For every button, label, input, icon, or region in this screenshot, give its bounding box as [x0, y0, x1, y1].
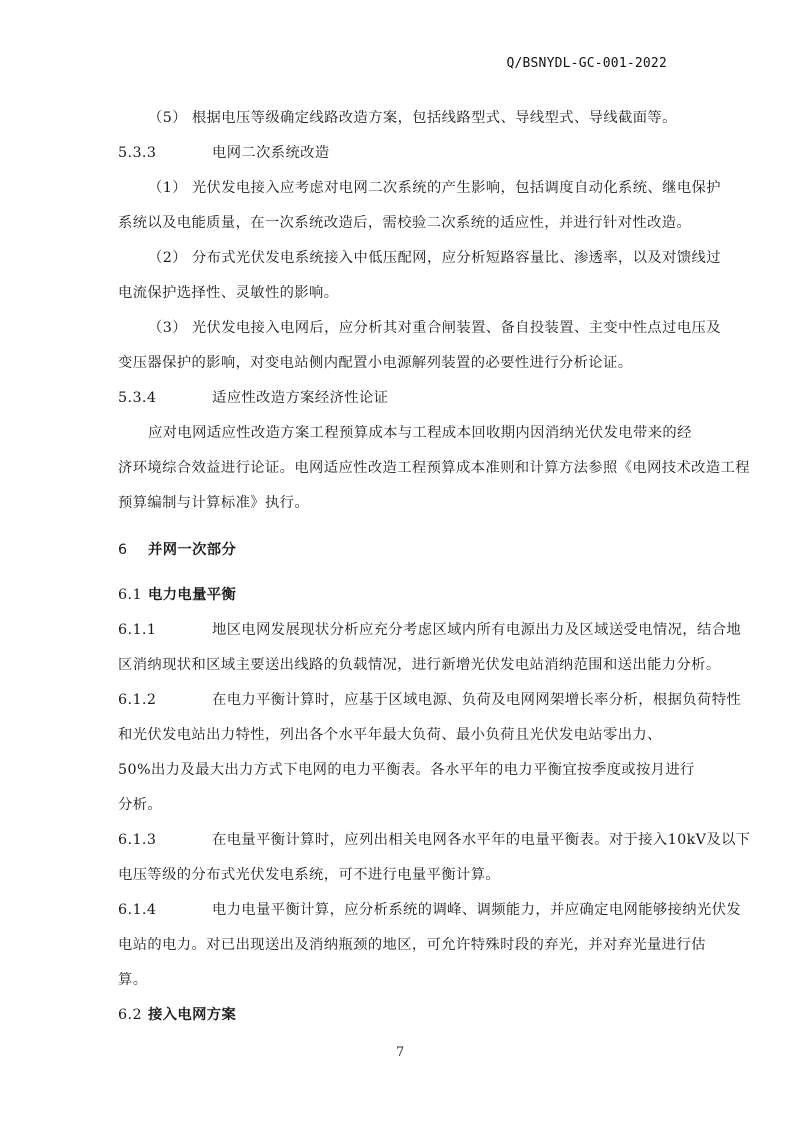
paragraph-line: 和光伏发电站出力特性，列出各个水平年最大负荷、最小负荷且光伏发电站零出力、 — [118, 725, 683, 745]
paragraph-line: 电压等级的分布式光伏发电系统，可不进行电量平衡计算。 — [118, 865, 683, 885]
paragraph-line: 变压器保护的影响，对变电站侧内配置小电源解列装置的必要性进行分析论证。 — [118, 353, 683, 373]
clause-number: 6.1.4 — [118, 900, 212, 920]
paragraph-line: 电流保护选择性、灵敏性的影响。 — [118, 283, 683, 303]
heading-5-3-3: 5.3.3电网二次系统改造 — [118, 143, 683, 163]
heading-6-1: 6.1电力电量平衡 — [118, 585, 683, 605]
clause-6-1-4: 6.1.4电力电量平衡计算，应分析系统的调峰、调频能力，并应确定电网能够接纳光伏… — [118, 900, 683, 920]
section-title: 电力电量平衡 — [148, 587, 236, 603]
paragraph-line: 算。 — [118, 970, 683, 990]
section-title: 电网二次系统改造 — [212, 145, 330, 161]
heading-5-3-4: 5.3.4适应性改造方案经济性论证 — [118, 388, 683, 408]
standard-code: Q/BSNYDL-GC-001-2022 — [506, 56, 667, 71]
clause-text: 在电量平衡计算时，应列出相关电网各水平年的电量平衡表。对于接入10kV及以下 — [212, 832, 750, 848]
paragraph-line: 电站的电力。对已出现送出及消纳瓶颈的地区，可允许特殊时段的弃光，并对弃光量进行估 — [118, 935, 683, 955]
paragraph-line: 50%出力及最大出力方式下电网的电力平衡表。各水平年的电力平衡宜按季度或按月进行 — [118, 760, 683, 780]
paragraph-line: 济环境综合效益进行论证。电网适应性改造工程预算成本准则和计算方法参照《电网技术改… — [118, 458, 683, 478]
document-page: Q/BSNYDL-GC-001-2022 （5） 根据电压等级确定线路改造方案，… — [0, 0, 800, 1131]
heading-6-2: 6.2接入电网方案 — [118, 1005, 683, 1025]
heading-6: 6并网一次部分 — [118, 540, 683, 560]
section-number: 6.2 — [118, 1005, 148, 1025]
paragraph-line: 预算编制与计算标准》执行。 — [118, 493, 683, 513]
paragraph-line: 应对电网适应性改造方案工程预算成本与工程成本回收期内因消纳光伏发电带来的经 — [118, 423, 713, 443]
clause-text: 地区电网发展现状分析应充分考虑区域内所有电源出力及区域送受电情况，结合地 — [212, 622, 741, 638]
section-title: 并网一次部分 — [148, 542, 236, 558]
page-number: 7 — [396, 1045, 404, 1060]
clause-text: 电力电量平衡计算，应分析系统的调峰、调频能力，并应确定电网能够接纳光伏发 — [212, 902, 741, 918]
section-number: 6 — [118, 540, 148, 560]
section-number: 5.3.4 — [118, 388, 212, 408]
clause-number: 6.1.1 — [118, 620, 212, 640]
paragraph-line: （1） 光伏发电接入应考虑对电网二次系统的产生影响，包括调度自动化系统、继电保护 — [118, 178, 713, 198]
paragraph-line: 系统以及电能质量，在一次系统改造后，需校验二次系统的适应性，并进行针对性改造。 — [118, 213, 683, 233]
section-number: 5.3.3 — [118, 143, 212, 163]
paragraph-line: 区消纳现状和区域主要送出线路的负载情况，进行新增光伏发电站消纳范围和送出能力分析… — [118, 655, 683, 675]
clause-6-1-2: 6.1.2在电力平衡计算时，应基于区域电源、负荷及电网网架增长率分析，根据负荷特… — [118, 690, 683, 710]
clause-number: 6.1.2 — [118, 690, 212, 710]
paragraph-item-5: （5） 根据电压等级确定线路改造方案，包括线路型式、导线型式、导线截面等。 — [118, 108, 713, 128]
section-title: 接入电网方案 — [148, 1007, 236, 1023]
clause-6-1-1: 6.1.1地区电网发展现状分析应充分考虑区域内所有电源出力及区域送受电情况，结合… — [118, 620, 683, 640]
paragraph-line: （2） 分布式光伏发电系统接入中低压配网，应分析短路容量比、渗透率，以及对馈线过 — [118, 248, 713, 268]
clause-text: 在电力平衡计算时，应基于区域电源、负荷及电网网架增长率分析，根据负荷特性 — [212, 692, 741, 708]
paragraph-line: （3） 光伏发电接入电网后，应分析其对重合闸装置、备自投装置、主变中性点过电压及 — [118, 318, 713, 338]
section-number: 6.1 — [118, 585, 148, 605]
clause-number: 6.1.3 — [118, 830, 212, 850]
section-title: 适应性改造方案经济性论证 — [212, 390, 388, 406]
clause-6-1-3: 6.1.3在电量平衡计算时，应列出相关电网各水平年的电量平衡表。对于接入10kV… — [118, 830, 683, 850]
paragraph-line: 分析。 — [118, 795, 683, 815]
